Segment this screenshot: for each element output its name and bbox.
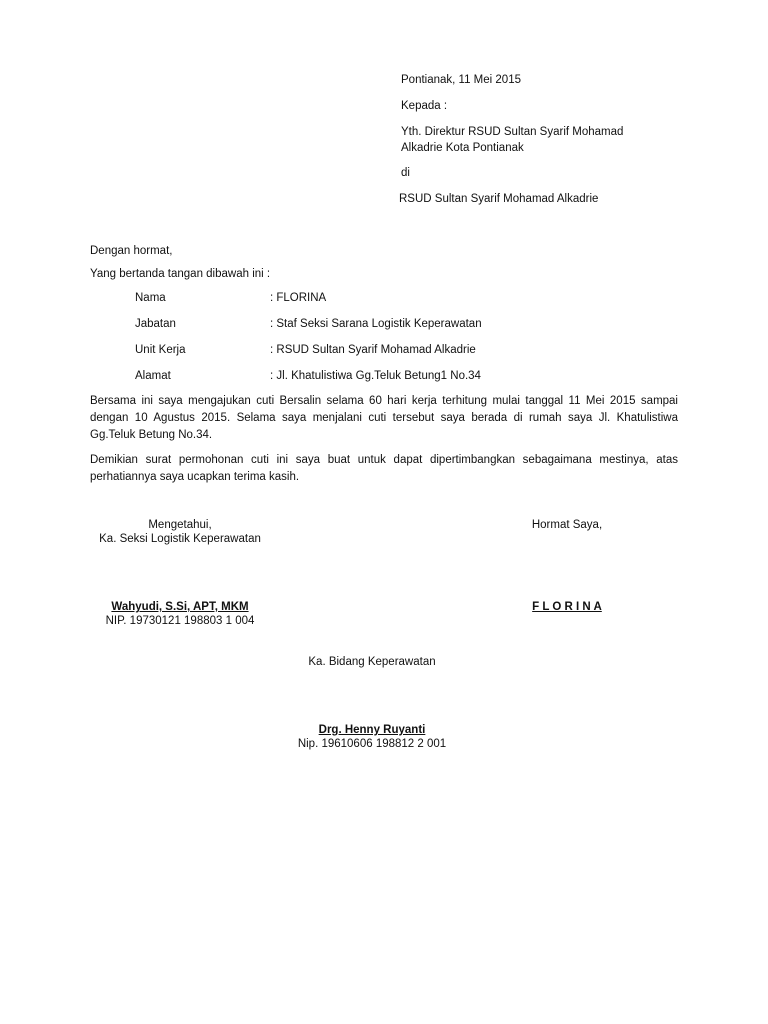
left-sign-label2: Ka. Seksi Logistik Keperawatan bbox=[80, 533, 280, 545]
field-value-alamat: : Jl. Khatulistiwa Gg.Teluk Betung1 No.3… bbox=[270, 370, 481, 382]
bottom-sign-label1: Ka. Bidang Keperawatan bbox=[272, 656, 472, 668]
field-label-unit-kerja: Unit Kerja bbox=[135, 344, 186, 356]
di-label: di bbox=[401, 167, 410, 179]
recipient-line1: Yth. Direktur RSUD Sultan Syarif Mohamad bbox=[401, 126, 623, 138]
left-signer-name: Wahyudi, S.Si, APT, MKM bbox=[111, 601, 248, 613]
body-paragraph-2: Demikian surat permohonan cuti ini saya … bbox=[90, 452, 678, 486]
bottom-signer-id: Nip. 19610606 198812 2 001 bbox=[272, 738, 472, 750]
right-sign-label1: Hormat Saya, bbox=[497, 519, 637, 531]
field-label-alamat: Alamat bbox=[135, 370, 171, 382]
field-value-unit-kerja: : RSUD Sultan Syarif Mohamad Alkadrie bbox=[270, 344, 476, 356]
body-paragraph-1: Bersama ini saya mengajukan cuti Bersali… bbox=[90, 393, 678, 444]
field-label-nama: Nama bbox=[135, 292, 166, 304]
intro: Yang bertanda tangan dibawah ini : bbox=[90, 268, 270, 280]
recipient-location: RSUD Sultan Syarif Mohamad Alkadrie bbox=[399, 193, 598, 205]
field-label-jabatan: Jabatan bbox=[135, 318, 176, 330]
place-date: Pontianak, 11 Mei 2015 bbox=[401, 74, 521, 86]
recipient-line2: Alkadrie Kota Pontianak bbox=[401, 142, 524, 154]
to-label: Kepada : bbox=[401, 100, 447, 112]
greeting: Dengan hormat, bbox=[90, 245, 172, 257]
field-value-nama: : FLORINA bbox=[270, 292, 326, 304]
bottom-signer-name: Drg. Henny Ruyanti bbox=[319, 724, 426, 736]
left-sign-label1: Mengetahui, bbox=[80, 519, 280, 531]
right-signer-name: F L O R I N A bbox=[532, 601, 602, 613]
left-signer-id: NIP. 19730121 198803 1 004 bbox=[80, 615, 280, 627]
field-value-jabatan: : Staf Seksi Sarana Logistik Keperawatan bbox=[270, 318, 482, 330]
